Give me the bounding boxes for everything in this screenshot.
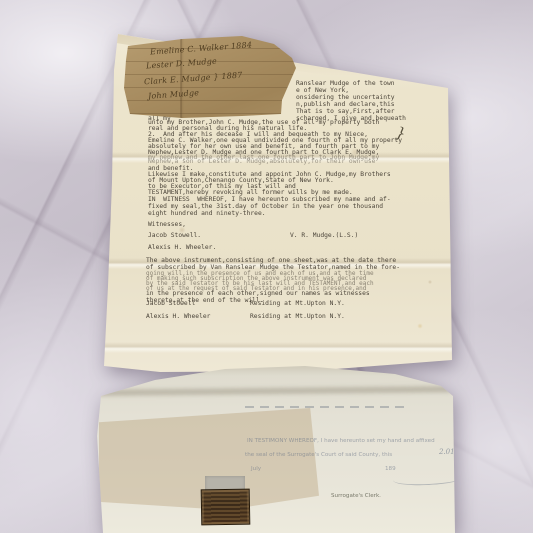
witness-residence: Residing at Mt.Upton N.Y. [250, 313, 345, 320]
bleed-through-marks [245, 406, 405, 408]
witness-signature: Jacob Stowell. [148, 232, 201, 239]
witness-residence: Residing at Mt.Upton N.Y. [250, 300, 345, 307]
testator-signature: V. R. Mudge.(L.S.) [290, 232, 358, 239]
surrogates-clerk-line: Surrogate's Clerk. [331, 493, 381, 499]
in-witness-clause: IN WITNESS WHEREOF, I have hereunto subs… [148, 196, 391, 218]
bequest-paragraphs: unto my Brother,John C. Mudge,the use of… [148, 120, 420, 196]
attestation-clause: The above instrument,consisting of one s… [146, 258, 400, 305]
revenue-stamp [201, 489, 251, 526]
typed-line: That is to say,First,after [296, 108, 406, 115]
bleed-through-line: the seal of the Surrogate's Court of sai… [245, 452, 392, 458]
bleed-through-line: 189 [385, 466, 396, 472]
typed-line: n,publish and declare,this [296, 101, 406, 108]
bleed-through-line: IN TESTIMONY WHEREOF, I have hereunto se… [247, 438, 435, 444]
note-line: Clark E. Mudge } 1887 [144, 71, 243, 87]
will-document: Ranslear Mudge of the town e of New York… [0, 0, 533, 533]
witness-name: Alexis H. Wheeler [146, 313, 210, 320]
fold-edge-shadow [99, 386, 451, 396]
witness-name: Jacob Stowell [146, 300, 195, 307]
note-line: Lester D. Mudge [146, 57, 217, 71]
witnesses-label: Witnesses, [148, 221, 186, 228]
bottom-flap: IN TESTIMONY WHEREOF, I have hereunto se… [95, 366, 457, 533]
marble-background: Ranslear Mudge of the town e of New York… [0, 0, 533, 533]
bleed-through-signature [393, 470, 466, 487]
bleed-through-line: July [251, 466, 261, 472]
opening-paragraph-fragment: Ranslear Mudge of the town e of New York… [296, 80, 406, 122]
typed-line: e of New York, [296, 87, 406, 94]
typed-line-overstruck: Nephew,a son of Lester D. Mudge,absolute… [148, 159, 420, 165]
note-line: Emeline C. Walker 1884 [150, 40, 253, 56]
bleed-through-fee: 2.01 [439, 448, 455, 456]
typed-line: IN WITNESS WHEREOF, I have hereunto subs… [148, 196, 391, 203]
typed-line: Ranslear Mudge of the town [296, 80, 406, 87]
typed-line: onsidering the uncertainty [296, 94, 406, 101]
note-line: John Mudge [148, 88, 200, 101]
typed-line-overstruck: of us at the request of said Testator an… [146, 287, 400, 292]
witness-signature: Alexis H. Wheeler. [148, 244, 216, 251]
typed-line: fixed my seal,the 31st.day of October in… [148, 203, 391, 210]
typed-line: eight hundred and ninety-three. [148, 210, 391, 217]
handwritten-note: Emeline C. Walker 1884 Lester D. Mudge C… [124, 36, 298, 118]
